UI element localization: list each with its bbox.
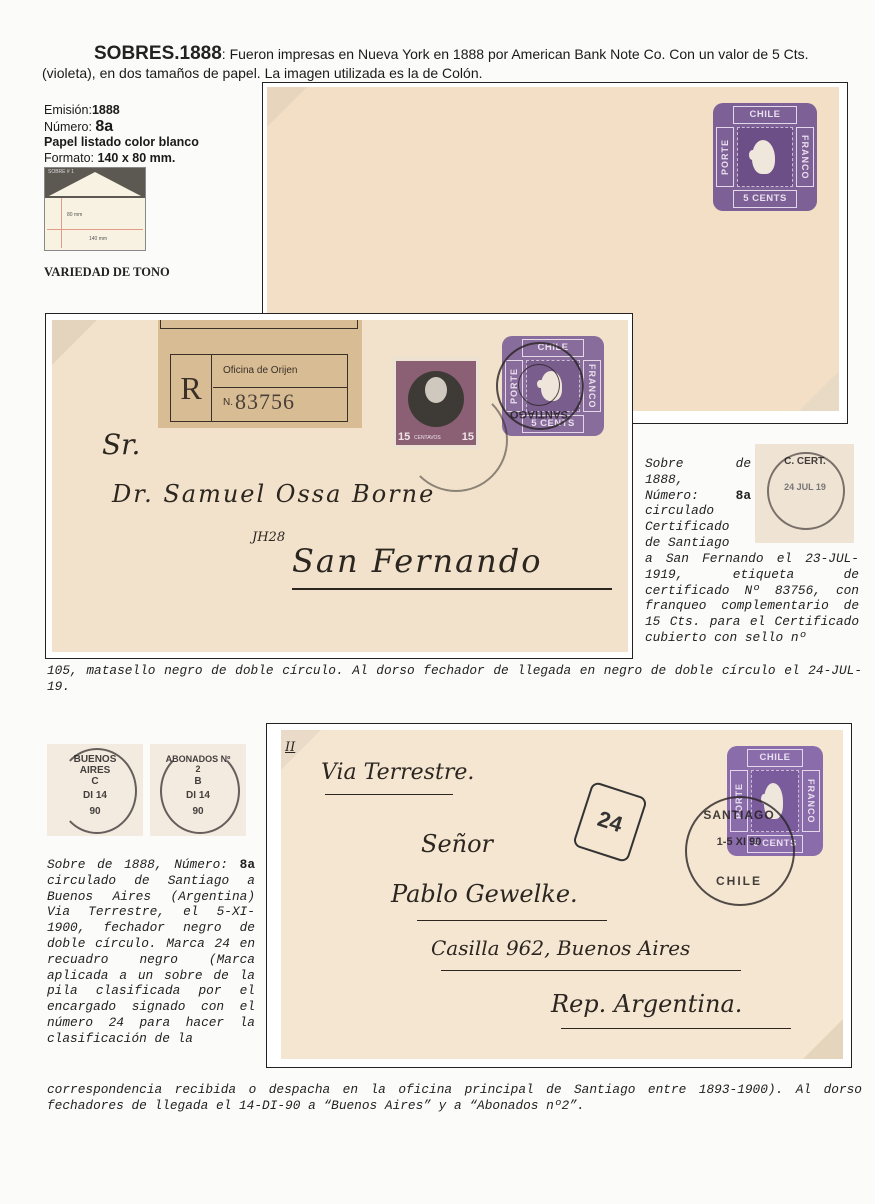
emision-value: 1888: [92, 103, 120, 117]
envelope-3-frame: II Via Terrestre. 24 CHILE PORTE FRANCO …: [266, 723, 852, 1068]
paper-type: Papel listado color blanco: [44, 135, 199, 149]
description-1-top: Sobre de 1888, Número: 8a circulado Cert…: [645, 456, 751, 551]
route-mark: II: [285, 740, 295, 755]
indicium-top: CHILE: [747, 749, 803, 767]
reg-number-prefix: N.: [223, 397, 233, 408]
cert-datestamp-image: C. CERT. 24 JUL 19: [755, 444, 854, 543]
name-underline: [417, 920, 607, 921]
backstamp-1-line3: 90: [59, 806, 131, 817]
page-header: SOBRES.1888: Fueron impresas en Nueva Yo…: [42, 44, 862, 83]
indicium-right: FRANCO: [806, 779, 816, 824]
emision-label: Emisión:: [44, 103, 92, 117]
indicium-right: FRANCO: [800, 135, 810, 180]
diagram-height: 80 mm: [67, 212, 82, 218]
indicium-right: FRANCO: [587, 364, 597, 409]
desc1-part1: Sobre de 1888,: [645, 456, 751, 488]
addr-salutation: Sr.: [102, 428, 140, 461]
cert-stamp-date: 24 JUL 19: [775, 482, 835, 492]
page-title: SOBRES.1888: [94, 43, 222, 64]
envelope-3: II Via Terrestre. 24 CHILE PORTE FRANCO …: [281, 730, 843, 1059]
city-underline: [292, 588, 612, 590]
format-value: 140 x 80 mm.: [98, 151, 176, 165]
registration-label: R Oficina de Orijen N. 83756: [158, 320, 362, 428]
addr-name: Pablo Gewelke.: [391, 880, 578, 908]
backstamp-1-line2: DI 14: [59, 790, 131, 801]
diagram-width: 140 mm: [89, 236, 107, 242]
indicium-bottom: 5 CENTS: [733, 190, 797, 208]
box-mark-24: 24: [572, 781, 648, 864]
second-postmark: [404, 388, 508, 492]
header-line2: (violeta), en dos tamaños de papel. La i…: [42, 64, 862, 83]
cert-stamp-text: C. CERT.: [775, 456, 835, 467]
addr-country: Rep. Argentina.: [551, 990, 742, 1018]
addr-note: JH28: [252, 530, 285, 545]
numero-value: 8a: [95, 118, 113, 135]
postmark-text: SANTIAGO: [502, 408, 576, 420]
backstamp-1-line1: C: [59, 776, 131, 787]
indicium-top: CHILE: [733, 106, 797, 124]
country-underline: [561, 1028, 791, 1029]
postmark-date: 1-5 XI 90: [691, 836, 787, 848]
desc1-bold-value: 8a: [736, 488, 751, 503]
addr-city: San Fernando: [292, 542, 543, 580]
format-diagram: SOBRE # 1 80 mm 140 mm: [44, 167, 146, 251]
columbus-portrait-icon: [752, 140, 775, 175]
backstamp-2-name: ABONADOS Nº 2: [162, 754, 234, 774]
description-2-bottom: correspondencia recibida o despacha en l…: [47, 1082, 862, 1114]
numero-label: Número:: [44, 120, 95, 134]
backstamp-2-line1: B: [162, 776, 234, 787]
backstamp-buenos-aires: BUENOS AIRES C DI 14 90: [47, 744, 143, 836]
backstamp-abonados: ABONADOS Nº 2 B DI 14 90: [150, 744, 246, 836]
diagram-label: SOBRE # 1: [48, 169, 74, 175]
format-label: Formato:: [44, 151, 98, 165]
origin-office: Oficina de Orijen: [213, 355, 347, 388]
indicium-left: PORTE: [720, 139, 730, 175]
via-terrestre: Via Terrestre.: [321, 760, 474, 785]
backstamp-1-name: BUENOS AIRES: [59, 754, 131, 776]
description-1-bottom: 105, matasello negro de doble círculo. A…: [47, 663, 862, 695]
desc2-part1a: Sobre de 1888, Número:: [47, 857, 228, 872]
addr-name: Dr. Samuel Ossa Borne: [112, 480, 435, 508]
postmark-city: SANTIAGO: [691, 808, 787, 822]
addr-salutation: Señor: [421, 830, 493, 858]
issue-info: Emisión:1888 Número: 8a Papel listado co…: [44, 103, 199, 166]
addr-street: Casilla 962, Buenos Aires: [431, 936, 690, 960]
backstamp-2-line2: DI 14: [162, 790, 234, 801]
postmark-country: CHILE: [691, 874, 787, 888]
envelope-2: R Oficina de Orijen N. 83756 15 15 CENTA…: [52, 320, 628, 652]
header-line1: : Fueron impresas en Nueva York en 1888 …: [222, 46, 809, 62]
reg-number: 83756: [235, 389, 295, 415]
desc2-part1b: circulado de Santiago a Buenos Aires (Ar…: [47, 873, 255, 1046]
envelope-2-frame: R Oficina de Orijen N. 83756 15 15 CENTA…: [45, 313, 633, 659]
description-1-mid: a San Fernando el 23-JUL-1919, etiqueta …: [645, 551, 859, 646]
registration-letter: R: [171, 355, 212, 421]
postmark-inner: [518, 364, 560, 406]
indicium-stamp: CHILE PORTE FRANCO 5 CENTS: [713, 103, 817, 211]
street-underline: [441, 970, 741, 971]
via-underline: [325, 794, 453, 795]
backstamp-2-line3: 90: [162, 806, 234, 817]
desc2-bold-value: 8a: [240, 857, 255, 872]
variedad-heading: VARIEDAD DE TONO: [44, 265, 170, 280]
desc1-part2: circulado Certificado de Santiago: [645, 503, 751, 550]
desc1-bold-label: Número:: [645, 488, 699, 503]
description-2-side: Sobre de 1888, Número: 8a circulado de S…: [47, 857, 255, 1047]
